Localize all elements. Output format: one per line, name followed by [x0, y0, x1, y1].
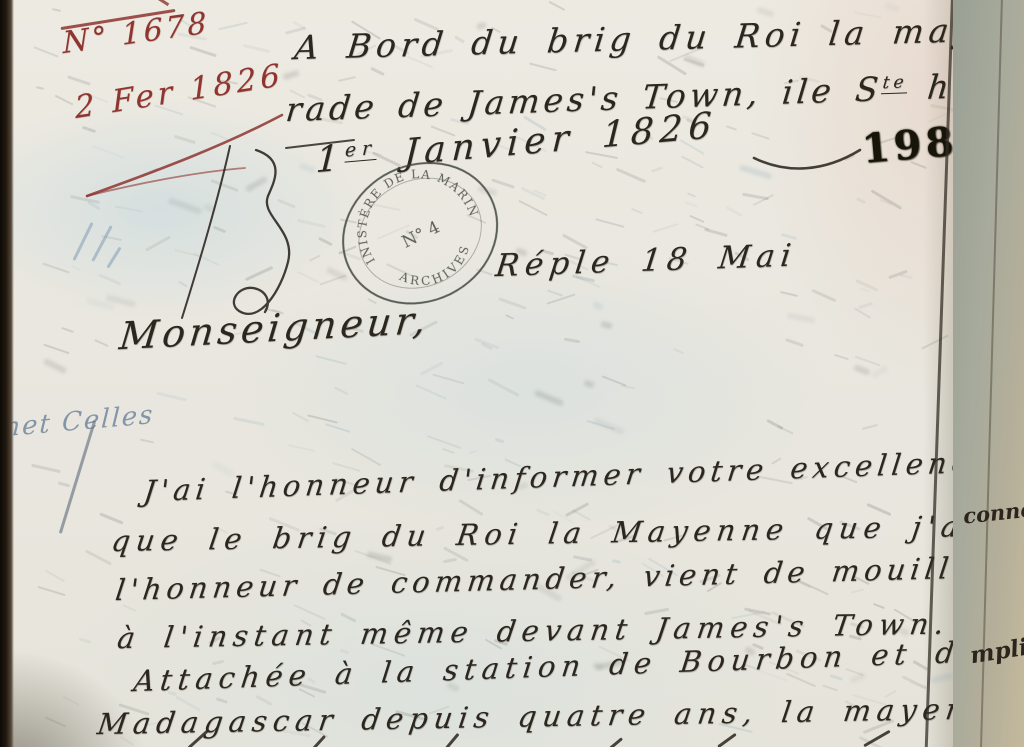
edge-text-fragment-lower: mpli [968, 634, 1024, 670]
heading-line-2-superscript: te [881, 72, 908, 94]
facing-page-edge-line [980, 0, 1003, 747]
manuscript-scan: N° 1678 2 Fer 1826 A Bord du brig du Roi… [0, 0, 1024, 747]
edge-text-fragment-upper: conne [962, 496, 1024, 528]
date-flourish-swash [752, 146, 864, 180]
binding-gutter-shadow [0, 0, 14, 747]
stamp-center-text: N° 4 [399, 217, 443, 252]
facing-page-strip: conne mpli [953, 0, 1024, 747]
manuscript-page: N° 1678 2 Fer 1826 A Bord du brig du Roi… [10, 0, 953, 747]
